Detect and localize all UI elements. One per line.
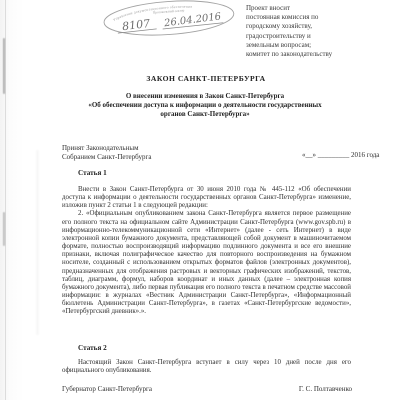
article-2-heading: Статья 2 bbox=[78, 344, 107, 352]
signature-row: Губернатор Санкт-Петербурга Г. С. Полтав… bbox=[62, 385, 352, 393]
stamp-graphic: Управление документационного обеспечения… bbox=[101, 0, 237, 40]
ink-bleed-artifact bbox=[36, 150, 39, 335]
scan-smudge bbox=[3, 212, 5, 246]
amendment-text-paragraph: 2. «Официальным опубликованием закона Са… bbox=[62, 210, 351, 316]
law-subtitle-line: органов Санкт-Петербурга» bbox=[36, 110, 374, 119]
registration-stamp: Управление документационного обеспечения… bbox=[101, 0, 237, 40]
law-subtitle: О внесении изменения в Закон Санкт-Петер… bbox=[36, 92, 374, 119]
scanned-document-page: Управление документационного обеспечения… bbox=[0, 0, 400, 400]
submitter-line: Проект вносит bbox=[246, 4, 396, 13]
adopted-by-line: Принят Законодательным bbox=[62, 144, 151, 153]
scan-smudge bbox=[3, 38, 5, 94]
adopted-by-line: Собранием Санкт-Петербурга bbox=[62, 153, 151, 162]
article-2-body: Настоящий Закон Санкт-Петербурга вступае… bbox=[62, 359, 351, 375]
article-1-body: Внести в Закон Санкт-Петербурга от 30 ию… bbox=[62, 186, 351, 317]
submitter-block: Проект вносит постоянная комиссия по гор… bbox=[246, 4, 396, 59]
article-2-paragraph: Настоящий Закон Санкт-Петербурга вступае… bbox=[62, 359, 351, 375]
adopted-by-block: Принят Законодательным Собранием Санкт-П… bbox=[62, 144, 151, 162]
submitter-line: городскому хозяйству, bbox=[246, 22, 396, 31]
governor-name: Г. С. Полтавченко bbox=[299, 385, 352, 393]
article-1-paragraph: Внести в Закон Санкт-Петербурга от 30 ию… bbox=[62, 186, 351, 210]
law-title: ЗАКОН САНКТ-ПЕТЕРБУРГА bbox=[62, 74, 350, 83]
submitter-line: постоянная комиссия по bbox=[246, 13, 396, 22]
submitter-line: земельным вопросам; bbox=[246, 41, 396, 50]
date-blank: «__» _________ 2016 года bbox=[302, 151, 379, 159]
law-subtitle-line: «Об обеспечении доступа к информации о д… bbox=[36, 101, 374, 110]
submitter-line: градостроительству и bbox=[246, 32, 396, 41]
article-1-heading: Статья 1 bbox=[78, 169, 107, 177]
governor-label: Губернатор Санкт-Петербурга bbox=[62, 385, 152, 393]
scan-edge-line bbox=[5, 0, 6, 400]
stamp-sector-text: Протокольный сектор bbox=[153, 8, 185, 14]
law-subtitle-line: О внесении изменения в Закон Санкт-Петер… bbox=[36, 92, 374, 101]
submitter-line: комитет по законодательству bbox=[246, 50, 396, 59]
